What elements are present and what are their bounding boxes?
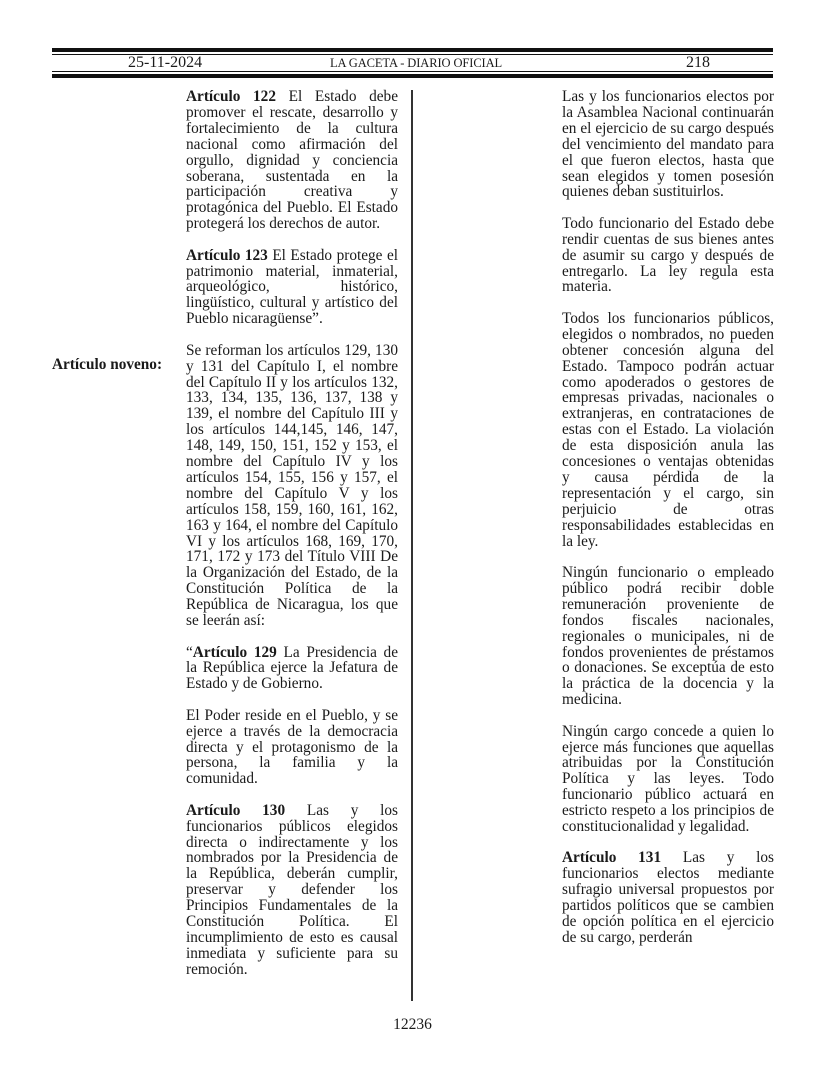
right-column: Las y los funcionarios electos por la As… — [562, 89, 774, 961]
paragraph-doble-remuneracion: Ningún funcionario o empleado público po… — [562, 565, 774, 708]
paragraph-text: Las y los funcionarios públicos elegidos… — [186, 802, 398, 978]
paragraph-rendir-cuentas: Todo funcionario del Estado debe rendir … — [562, 216, 774, 296]
article-heading: Artículo 130 — [186, 802, 285, 819]
left-column: Artículo 122 El Estado debe promover el … — [186, 89, 398, 993]
paragraph-text: Se reforman los artículos 129, 130 y 131… — [186, 342, 398, 629]
paragraph-text: Todo funcionario del Estado debe rendir … — [562, 215, 774, 296]
header-publication-title: LA GACETA - DIARIO OFICIAL — [330, 55, 502, 71]
article-heading: Artículo 129 — [193, 644, 277, 661]
article-heading: Artículo 122 — [186, 88, 276, 105]
paragraph-articulo-131: Artículo 131 Las y los funcionarios elec… — [562, 850, 774, 945]
paragraph-concesiones: Todos los funcionarios públicos, elegido… — [562, 311, 774, 550]
article-heading: Artículo 131 — [562, 849, 661, 866]
paragraph-reforma: Se reforman los artículos 129, 130 y 131… — [186, 343, 398, 629]
paragraph-text: Ningún funcionario o empleado público po… — [562, 564, 774, 708]
header-rule-top-thick — [52, 48, 773, 52]
paragraph-articulo-122: Artículo 122 El Estado debe promover el … — [186, 89, 398, 232]
paragraph-text: Ningún cargo concede a quien lo ejerce m… — [562, 723, 774, 835]
paragraph-funcionarios-electos: Las y los funcionarios electos por la As… — [562, 89, 774, 200]
paragraph-articulo-123: Artículo 123 El Estado protege el patrim… — [186, 248, 398, 328]
header-rule-bottom-thick — [52, 74, 773, 78]
footer-folio: 12236 — [0, 1016, 825, 1034]
paragraph-poder-reside: El Poder reside en el Pueblo, y se ejerc… — [186, 708, 398, 788]
paragraph-text: El Estado debe promover el rescate, desa… — [186, 88, 398, 232]
paragraph-text: El Poder reside en el Pueblo, y se ejerc… — [186, 707, 398, 788]
paragraph-articulo-130: Artículo 130 Las y los funcionarios públ… — [186, 803, 398, 978]
paragraph-articulo-129: “Artículo 129 La Presidencia de la Repúb… — [186, 645, 398, 693]
article-heading: Artículo 123 — [186, 247, 268, 264]
paragraph-text: Las y los funcionarios electos por la As… — [562, 88, 774, 200]
header-rule-bottom-thin — [52, 71, 773, 72]
header-date: 25-11-2024 — [128, 55, 202, 71]
paragraph-text: Todos los funcionarios públicos, elegido… — [562, 310, 774, 550]
side-label-articulo-noveno: Artículo noveno: — [52, 357, 162, 373]
open-quote: “ — [186, 644, 193, 661]
column-divider — [411, 90, 413, 1001]
paragraph-ningun-cargo: Ningún cargo concede a quien lo ejerce m… — [562, 724, 774, 835]
header-page-number: 218 — [686, 55, 710, 71]
